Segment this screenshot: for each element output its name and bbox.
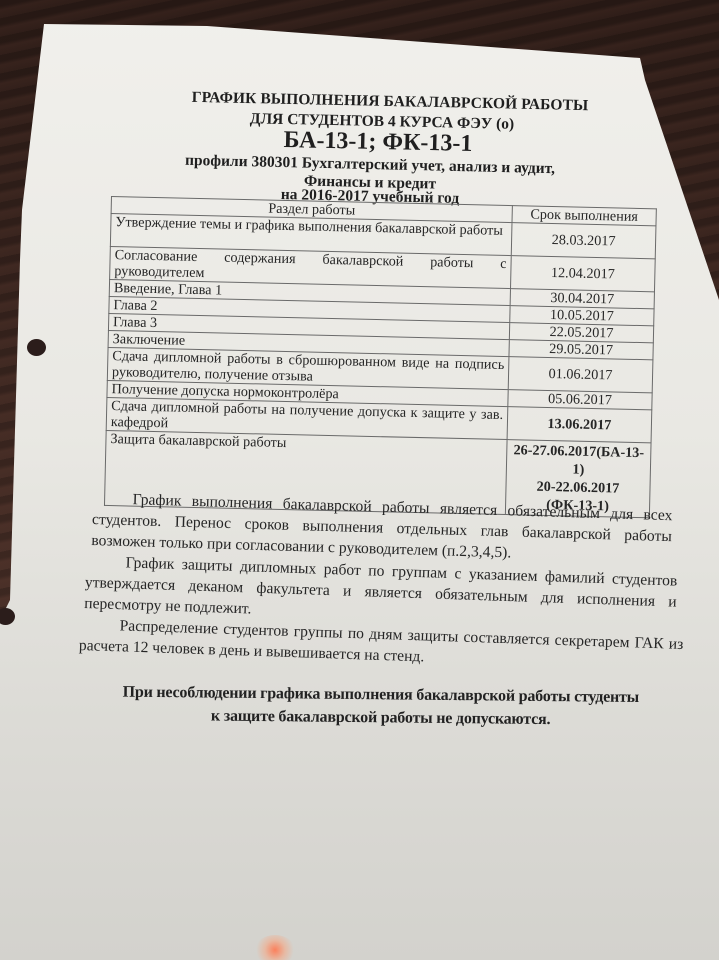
deadline-cell: 28.03.2017 bbox=[511, 223, 656, 259]
indent bbox=[93, 503, 133, 504]
schedule-table: Раздел работы Срок выполнения Утверждени… bbox=[104, 196, 657, 518]
defense-date-ba: 26-27.06.2017(БА-13-1) bbox=[511, 441, 647, 480]
deadline-cell: 12.04.2017 bbox=[511, 256, 656, 292]
warning-notice: При несоблюдении графика выполнения бака… bbox=[66, 680, 696, 733]
deadline-cell: 13.06.2017 bbox=[507, 407, 652, 443]
deadline-cell: 01.06.2017 bbox=[508, 357, 653, 393]
document: ГРАФИК ВЫПОЛНЕНИЯ БАКАЛАВРСКОЙ РАБОТЫ ДЛ… bbox=[0, 0, 719, 960]
indent bbox=[86, 566, 126, 567]
paragraph-text: График выполнения бакалаврской работы яв… bbox=[91, 491, 672, 561]
indent bbox=[80, 629, 120, 630]
schedule-table-wrap: Раздел работы Срок выполнения Утверждени… bbox=[104, 196, 667, 519]
